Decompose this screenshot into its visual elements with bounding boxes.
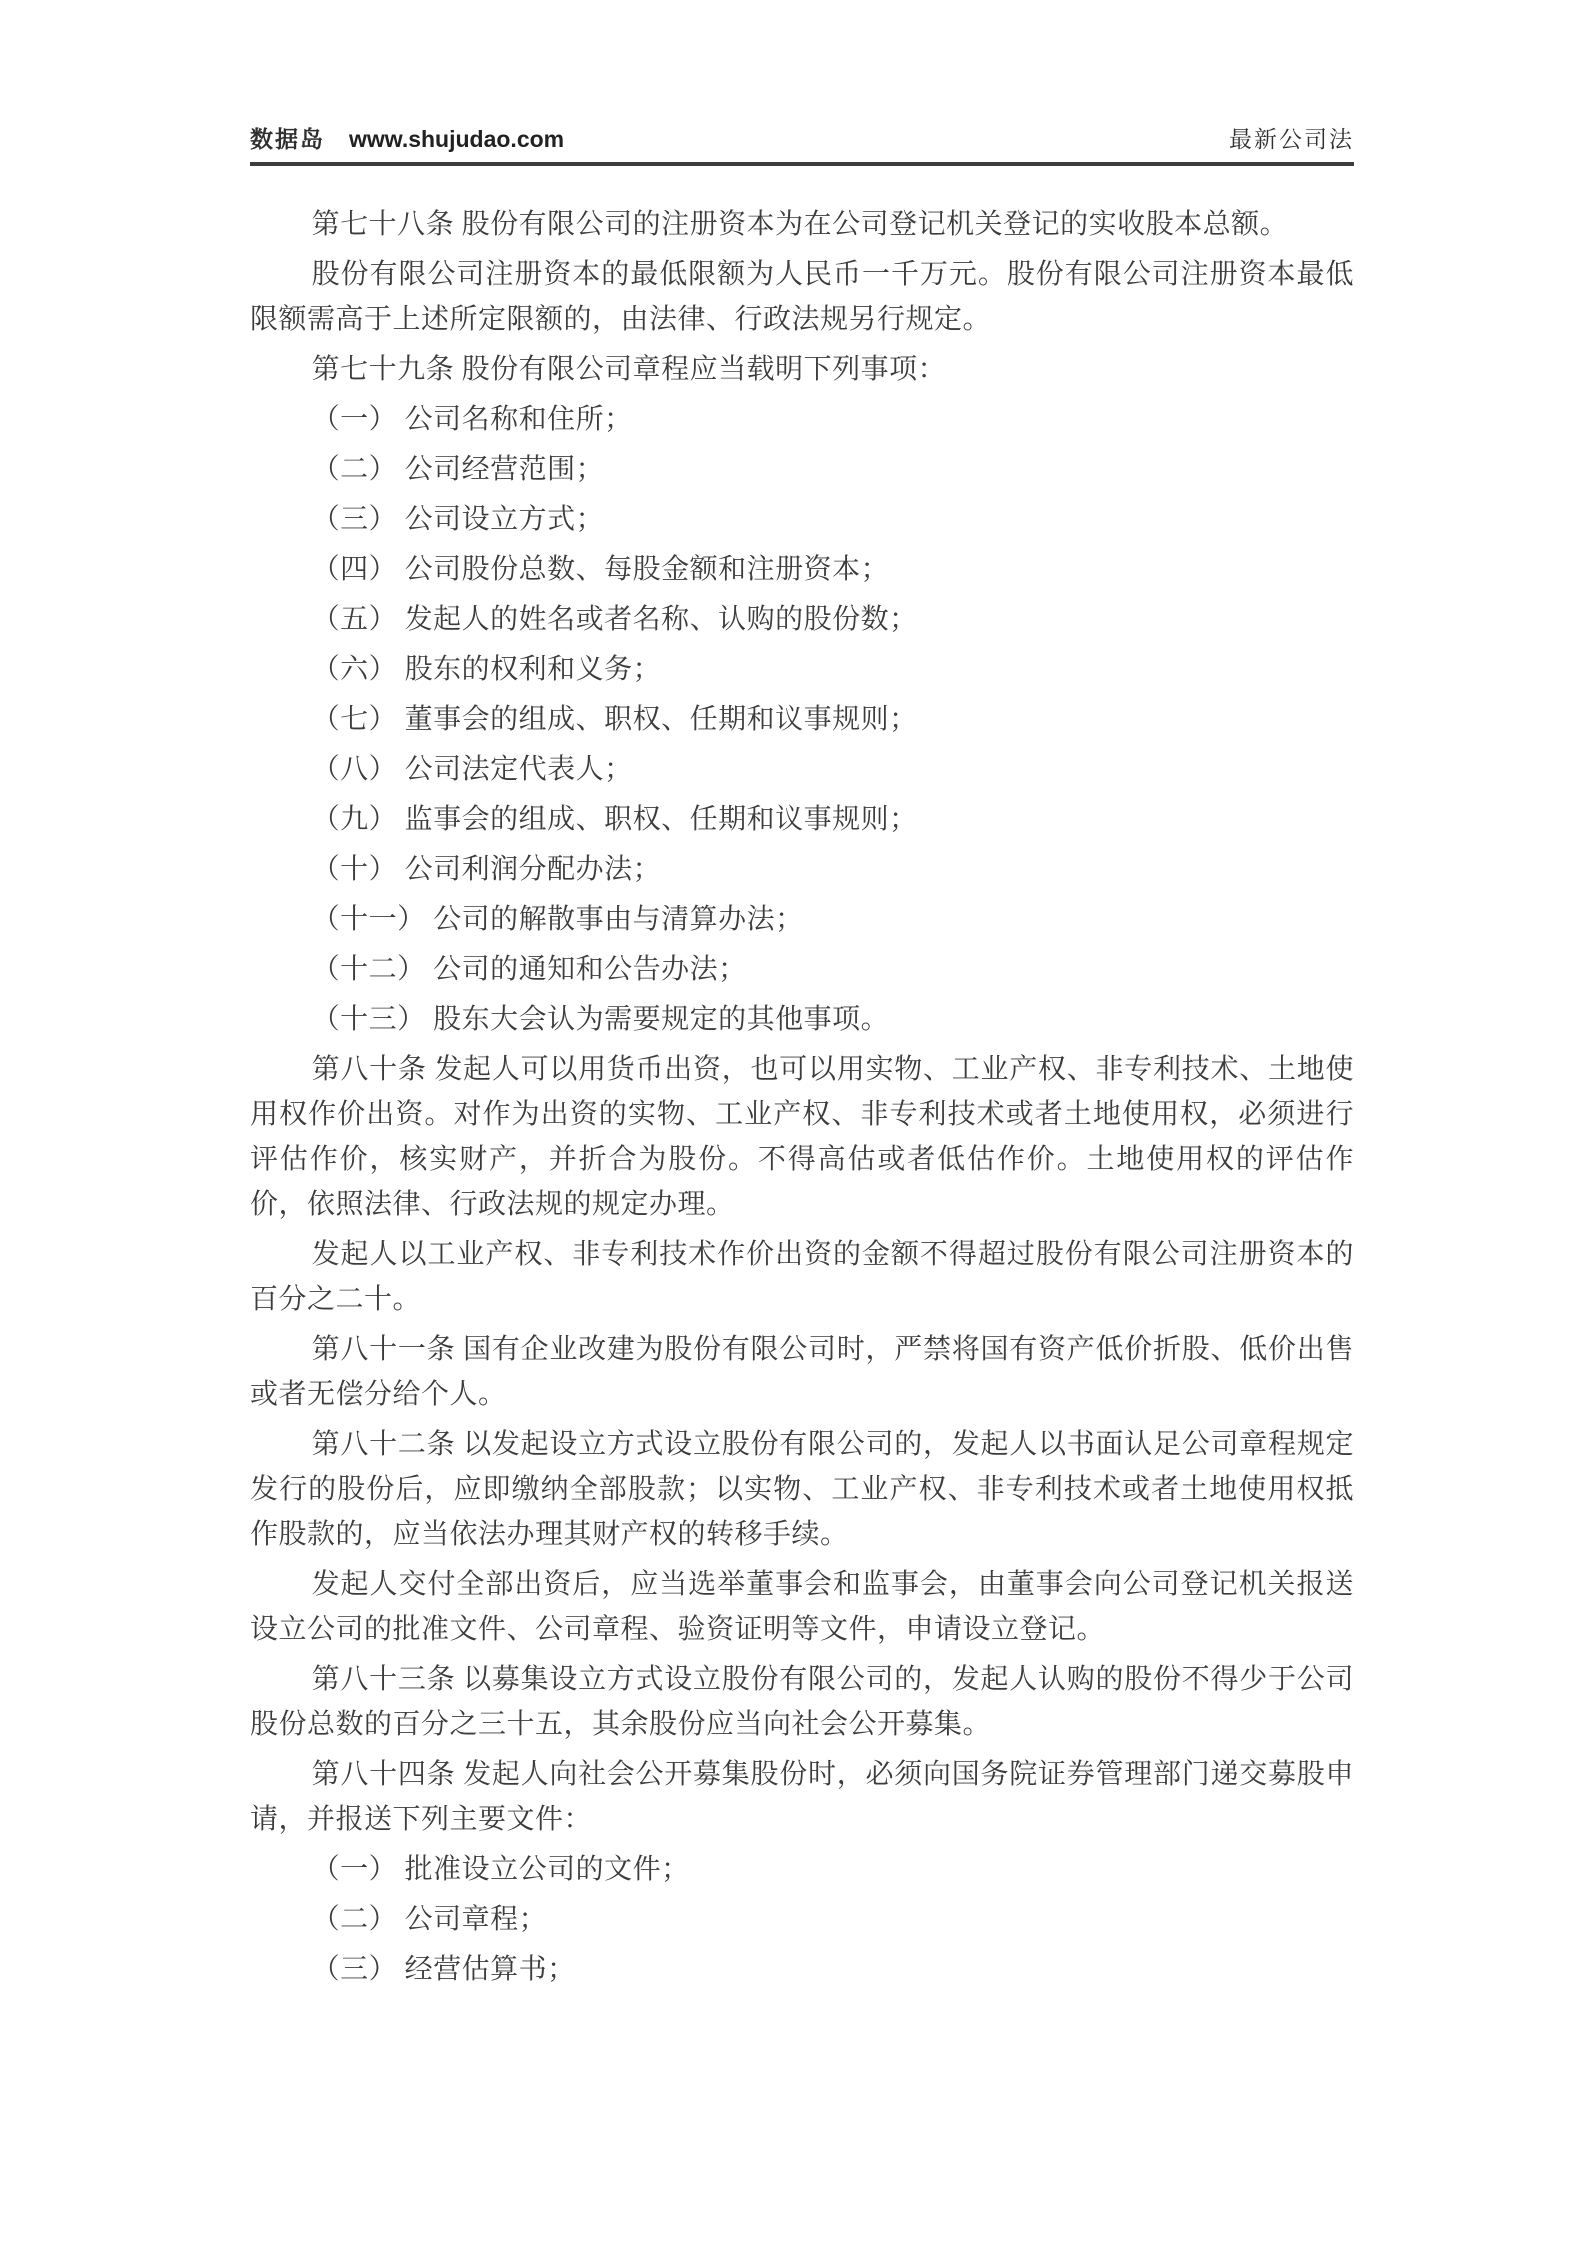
article-79-item-8: （八） 公司法定代表人；	[250, 747, 1354, 792]
paragraph-article-78: 第七十八条 股份有限公司的注册资本为在公司登记机关登记的实收股本总额。	[250, 202, 1354, 247]
paragraph-article-79: 第七十九条 股份有限公司章程应当载明下列事项：	[250, 347, 1354, 392]
article-79-item-6: （六） 股东的权利和义务；	[250, 647, 1354, 692]
paragraph-article-80-clause-2: 发起人以工业产权、非专利技术作价出资的金额不得超过股份有限公司注册资本的百分之二…	[250, 1232, 1354, 1322]
page-header: 数据岛 www.shujudao.com 最新公司法	[250, 126, 1354, 154]
doc-title: 最新公司法	[1229, 126, 1354, 154]
document-page: 数据岛 www.shujudao.com 最新公司法 第七十八条 股份有限公司的…	[0, 0, 1594, 2252]
document-body: 第七十八条 股份有限公司的注册资本为在公司登记机关登记的实收股本总额。 股份有限…	[250, 202, 1354, 1992]
paragraph-article-83: 第八十三条 以募集设立方式设立股份有限公司的，发起人认购的股份不得少于公司股份总…	[250, 1657, 1354, 1747]
article-79-item-11: （十一） 公司的解散事由与清算办法；	[250, 897, 1354, 942]
article-79-item-3: （三） 公司设立方式；	[250, 497, 1354, 542]
article-84-item-3: （三） 经营估算书；	[250, 1947, 1354, 1992]
article-79-item-4: （四） 公司股份总数、每股金额和注册资本；	[250, 547, 1354, 592]
site-name: 数据岛	[250, 126, 325, 154]
article-79-item-5: （五） 发起人的姓名或者名称、认购的股份数；	[250, 597, 1354, 642]
article-79-item-13: （十三） 股东大会认为需要规定的其他事项。	[250, 997, 1354, 1042]
article-79-item-12: （十二） 公司的通知和公告办法；	[250, 947, 1354, 992]
site-url: www.shujudao.com	[349, 126, 564, 154]
paragraph-article-78-clause-2: 股份有限公司注册资本的最低限额为人民币一千万元。股份有限公司注册资本最低限额需高…	[250, 252, 1354, 342]
article-84-item-2: （二） 公司章程；	[250, 1897, 1354, 1942]
article-79-item-10: （十） 公司利润分配办法；	[250, 847, 1354, 892]
article-79-item-1: （一） 公司名称和住所；	[250, 397, 1354, 442]
article-79-item-7: （七） 董事会的组成、职权、任期和议事规则；	[250, 697, 1354, 742]
article-79-item-2: （二） 公司经营范围；	[250, 447, 1354, 492]
article-79-item-9: （九） 监事会的组成、职权、任期和议事规则；	[250, 797, 1354, 842]
article-84-item-1: （一） 批准设立公司的文件；	[250, 1847, 1354, 1892]
paragraph-article-81: 第八十一条 国有企业改建为股份有限公司时，严禁将国有资产低价折股、低价出售或者无…	[250, 1327, 1354, 1417]
paragraph-article-80: 第八十条 发起人可以用货币出资，也可以用实物、工业产权、非专利技术、土地使用权作…	[250, 1047, 1354, 1227]
header-divider	[250, 162, 1354, 166]
header-left: 数据岛 www.shujudao.com	[250, 126, 564, 154]
paragraph-article-82: 第八十二条 以发起设立方式设立股份有限公司的，发起人以书面认足公司章程规定发行的…	[250, 1422, 1354, 1557]
paragraph-article-84: 第八十四条 发起人向社会公开募集股份时，必须向国务院证券管理部门递交募股申请，并…	[250, 1752, 1354, 1842]
paragraph-article-82-clause-2: 发起人交付全部出资后，应当选举董事会和监事会，由董事会向公司登记机关报送设立公司…	[250, 1562, 1354, 1652]
